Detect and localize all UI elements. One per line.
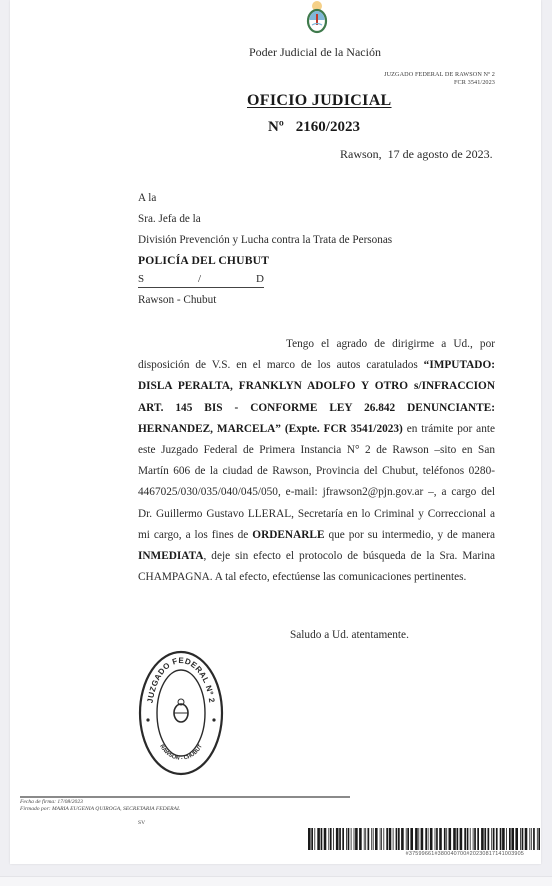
body-court-details: en trámite por ante este Juzgado Federal… <box>138 423 495 541</box>
body-order-text: que por su intermedio, y de manera <box>328 529 495 541</box>
signature-date: Fecha de firma: 17/08/2023 <box>20 799 83 805</box>
barcode <box>308 828 540 850</box>
coat-of-arms-icon <box>304 0 330 36</box>
sd-right: D <box>256 273 264 285</box>
addressee-division: División Prevención y Lucha contra la Tr… <box>138 234 392 246</box>
sd-slash: / <box>198 273 201 285</box>
order-word: ORDENARLE <box>252 529 324 541</box>
number-value: 2160/2023 <box>296 119 360 135</box>
addressee-line: Sra. Jefa de la <box>138 213 201 225</box>
document-number: Nº2160/2023 <box>268 119 360 136</box>
court-header: JUZGADO FEDERAL DE RAWSON Nº 2 FCR 3541/… <box>384 71 495 87</box>
closing-salutation: Saludo a Ud. atentamente. <box>290 629 409 641</box>
addressee-line: A la <box>138 192 156 204</box>
initials: SV <box>138 820 145 826</box>
viewer-bottom-band <box>0 876 552 886</box>
number-label: Nº <box>268 119 284 135</box>
document-title: OFICIO JUDICIAL <box>247 92 392 110</box>
sd-left: S <box>138 273 144 285</box>
addressee-agency: POLICÍA DEL CHUBUT <box>138 254 269 267</box>
court-name: JUZGADO FEDERAL DE RAWSON Nº 2 <box>384 71 495 79</box>
court-seal-stamp: JUZGADO FEDERAL Nº 2 RAWSON - CHUBUT <box>138 650 224 776</box>
place-date: Rawson, 17 de agosto de 2023. <box>340 147 493 162</box>
institution-name: Poder Judicial de la Nación <box>249 45 381 60</box>
sd-line: S / D <box>138 273 264 288</box>
barcode-text: #37599661#380040700#20230817141003905 <box>308 851 540 857</box>
signature-divider <box>20 796 350 798</box>
case-reference: FCR 3541/2023 <box>384 79 495 87</box>
signed-by: Firmado por: MARIA EUGENIA QUIROGA, SECR… <box>20 806 180 812</box>
addressee-city: Rawson - Chubut <box>138 294 216 306</box>
document-page: Poder Judicial de la Nación JUZGADO FEDE… <box>10 0 541 864</box>
urgency-word: INMEDIATA <box>138 550 203 562</box>
body-paragraph: Tengo el agrado de dirigirme a Ud., por … <box>138 334 495 588</box>
